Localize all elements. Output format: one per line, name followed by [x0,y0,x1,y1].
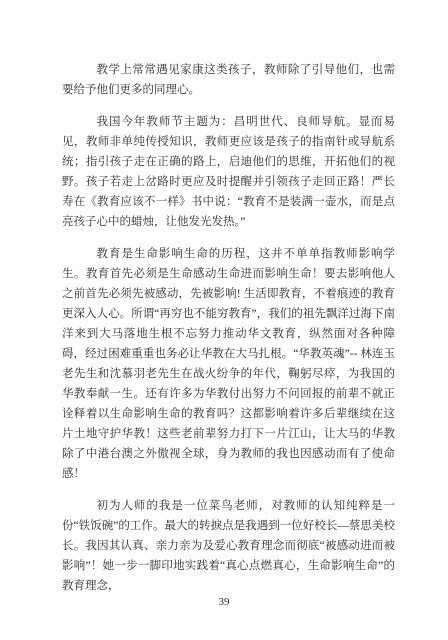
paragraph: 初为人师的我是一位菜鸟老师，对教师的认知纯粹是一份“铁饭碗”的工作。最大的转捩点… [62,496,395,596]
paragraph: 教学上常常遇见家康这类孩子，教师除了引导他们，也需要给予他们更多的同理心。 [62,60,395,100]
document-page: 教学上常常遇见家康这类孩子，教师除了引导他们，也需要给予他们更多的同理心。 我国… [0,0,448,640]
paragraph: 我国今年教师节主题为：昌明世代、良师导航。显而易见，教师非单纯传授知识，教师更应… [62,112,395,232]
document-body: 教学上常常遇见家康这类孩子，教师除了引导他们，也需要给予他们更多的同理心。 我国… [62,60,395,596]
paragraph: 教育是生命影响生命的历程，这并不单单指教师影响学生。教育首先必须是生命感动生命进… [62,244,395,484]
page-number: 39 [0,595,448,609]
